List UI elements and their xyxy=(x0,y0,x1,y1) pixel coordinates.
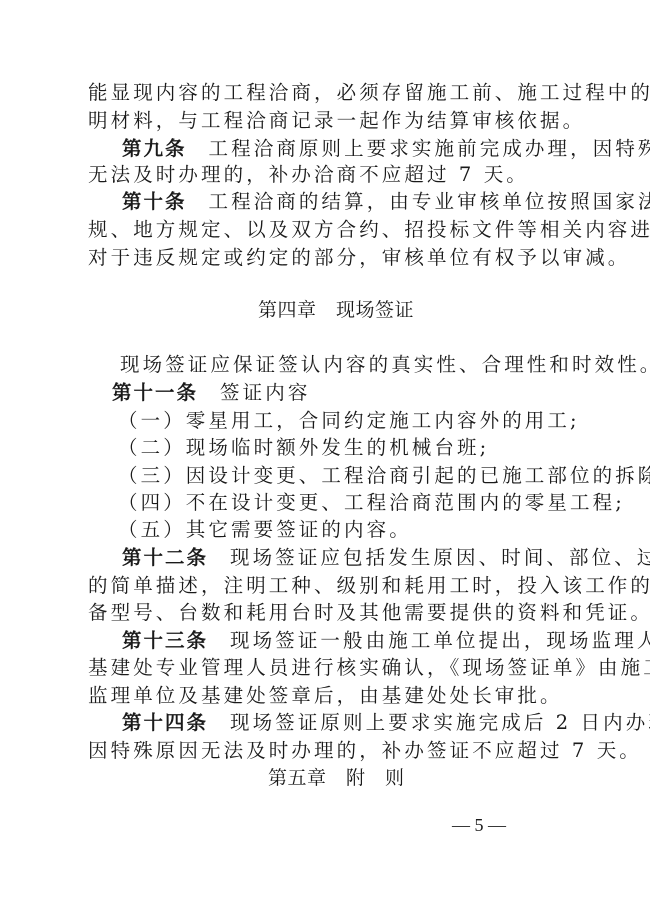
paragraph-line: 备型号、台数和耗用台时及其他需要提供的资料和凭证。 xyxy=(88,599,568,627)
article-11: 第十一条签证内容 xyxy=(112,379,592,407)
article-text: 现场签证应包括发生原因、时间、部位、过程等 xyxy=(230,546,650,569)
chapter-heading: 第五章 附 则 xyxy=(268,764,405,792)
article-label: 第十四条 xyxy=(122,711,208,734)
paragraph-line: 能显现内容的工程洽商，必须存留施工前、施工过程中的影像证 xyxy=(88,79,568,107)
article-label: 第十二条 xyxy=(122,546,208,569)
paragraph-line: 对于违反规定或约定的部分，审核单位有权予以审减。 xyxy=(88,244,568,272)
list-item: （二）现场临时额外发生的机械台班; xyxy=(118,434,598,462)
paragraph-line: 基建处专业管理人员进行核实确认，《现场签证单》由施工单位、 xyxy=(88,654,568,682)
article-9: 第九条工程洽商原则上要求实施前完成办理，因特殊原因 xyxy=(122,135,602,163)
intro-line: 现场签证应保证签认内容的真实性、合理性和时效性。 xyxy=(120,351,600,379)
article-text: 工程洽商原则上要求实施前完成办理，因特殊原因 xyxy=(209,137,650,160)
article-label: 第十三条 xyxy=(122,629,208,652)
paragraph-line: 规、地方规定、以及双方合约、招投标文件等相关内容进行核准， xyxy=(88,216,568,244)
list-item: （四）不在设计变更、工程洽商范围内的零星工程; xyxy=(118,489,598,517)
paragraph-line: 监理单位及基建处签章后，由基建处处长审批。 xyxy=(88,682,568,710)
article-text: 工程洽商的结算，由专业审核单位按照国家法律法 xyxy=(209,190,650,213)
article-text: 签证内容 xyxy=(220,381,310,404)
page-number: — 5 — xyxy=(452,815,506,836)
article-14: 第十四条现场签证原则上要求实施完成后 2 日内办理完成， xyxy=(122,709,602,737)
paragraph-line: 的简单描述，注明工种、级别和耗用工时，投入该工作的施工设 xyxy=(88,572,568,600)
article-10: 第十条工程洽商的结算，由专业审核单位按照国家法律法 xyxy=(122,188,602,216)
article-text: 现场签证一般由施工单位提出，现场监理人员及 xyxy=(230,629,650,652)
chapter-heading: 第四章 现场签证 xyxy=(258,296,414,324)
list-item: （三）因设计变更、工程洽商引起的已施工部位的拆除; xyxy=(118,462,598,490)
article-label: 第十条 xyxy=(122,190,187,213)
list-item: （五）其它需要签证的内容。 xyxy=(118,516,598,544)
article-12: 第十二条现场签证应包括发生原因、时间、部位、过程等 xyxy=(122,544,602,572)
article-label: 第九条 xyxy=(122,137,187,160)
article-label: 第十一条 xyxy=(112,381,198,404)
paragraph-line: 因特殊原因无法及时办理的，补办签证不应超过 7 天。 xyxy=(88,737,568,765)
list-item: （一）零星用工，合同约定施工内容外的用工; xyxy=(118,407,598,435)
paragraph-line: 无法及时办理的，补办洽商不应超过 7 天。 xyxy=(88,161,568,189)
article-text: 现场签证原则上要求实施完成后 2 日内办理完成， xyxy=(230,711,650,734)
paragraph-line: 明材料，与工程洽商记录一起作为结算审核依据。 xyxy=(88,107,568,135)
article-13: 第十三条现场签证一般由施工单位提出，现场监理人员及 xyxy=(122,627,602,655)
